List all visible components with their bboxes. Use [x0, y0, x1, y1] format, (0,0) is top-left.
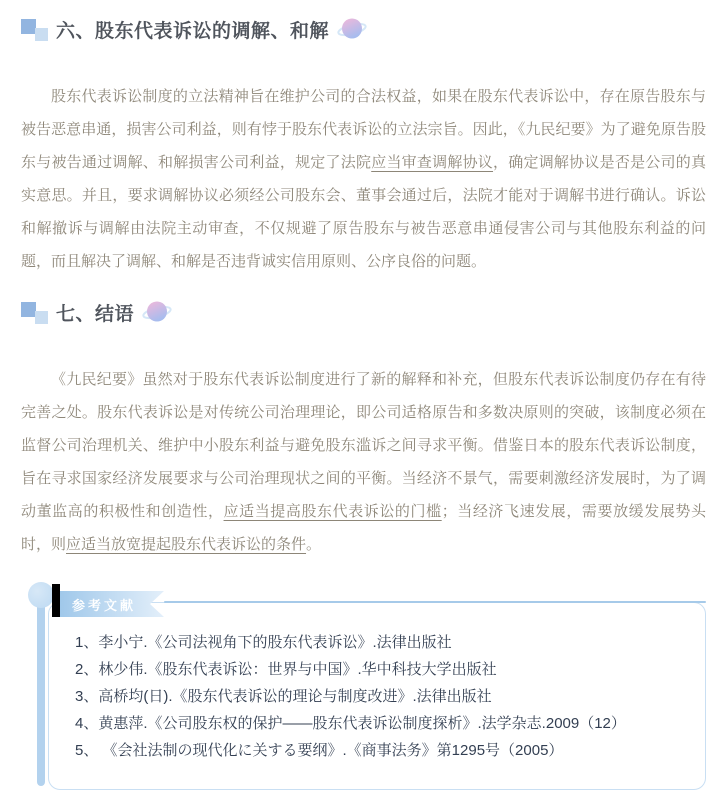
black-accent-bar: [52, 584, 60, 617]
section-7: 七、结语 《九民纪要》虽然对于股东代表诉讼制度进行了新的解释和补充，但股东代表诉…: [21, 278, 706, 561]
section-6: 六、股东代表诉讼的调解、和解 股东代表诉讼制度的立法精神旨在维护公司的合法权益，…: [21, 14, 706, 278]
references-list: 1、李小宁.《公司法视角下的股东代表诉讼》.法律出版社2、林少伟.《股东代表诉讼…: [49, 603, 705, 764]
reference-item: 3、高桥均(日).《股东代表诉讼的理论与制度改进》.法律出版社: [75, 683, 687, 710]
planet-icon: [142, 297, 172, 327]
overlapping-squares-icon: [21, 16, 51, 42]
references-section: 1、李小宁.《公司法视角下的股东代表诉讼》.法律出版社2、林少伟.《股东代表诉讼…: [21, 580, 706, 792]
section-7-heading: 七、结语: [21, 297, 706, 327]
decorative-horizontal-line: [164, 601, 706, 603]
overlapping-squares-icon: [21, 299, 51, 325]
reference-item: 4、黄惠萍.《公司股东权的保护——股东代表诉讼制度探析》.法学杂志.2009（1…: [75, 710, 687, 737]
paragraph-text: 《九民纪要》虽然对于股东代表诉讼制度进行了新的解释和补充，但股东代表诉讼制度仍存…: [21, 371, 706, 520]
references-box: 1、李小宁.《公司法视角下的股东代表诉讼》.法律出版社2、林少伟.《股东代表诉讼…: [48, 602, 706, 790]
reference-item: 5、 《会社法制の现代化に关する要纲》.《商事法务》第1295号（2005）: [75, 737, 687, 764]
decorative-circle-icon: [28, 582, 54, 608]
underlined-phrase: 应当审查调解协议: [371, 154, 493, 171]
underlined-phrase: 应适当提高股东代表诉讼的门槛: [224, 503, 442, 520]
section-7-paragraph: 《九民纪要》虽然对于股东代表诉讼制度进行了新的解释和补充，但股东代表诉讼制度仍存…: [21, 363, 706, 561]
reference-item: 2、林少伟.《股东代表诉讼：世界与中国》.华中科技大学出版社: [75, 656, 687, 683]
planet-icon: [337, 14, 367, 44]
references-title-ribbon: 参考文献: [60, 591, 164, 617]
section-6-heading: 六、股东代表诉讼的调解、和解: [21, 14, 706, 44]
section-6-paragraph: 股东代表诉讼制度的立法精神旨在维护公司的合法权益，如果在股东代表诉讼中，存在原告…: [21, 80, 706, 278]
paragraph-text: ，确定调解协议是否是公司的真实意思。并且，要求调解协议必须经公司股东会、董事会通…: [21, 154, 706, 270]
section-7-title: 七、结语: [56, 299, 134, 326]
decorative-vertical-bar: [37, 600, 45, 786]
reference-item: 1、李小宁.《公司法视角下的股东代表诉讼》.法律出版社: [75, 629, 687, 656]
article-page: 六、股东代表诉讼的调解、和解 股东代表诉讼制度的立法精神旨在维护公司的合法权益，…: [0, 0, 727, 792]
section-6-title: 六、股东代表诉讼的调解、和解: [56, 16, 329, 43]
paragraph-text: 。: [306, 536, 321, 553]
underlined-phrase: 应适当放宽提起股东代表诉讼的条件: [66, 536, 306, 553]
references-title: 参考文献: [72, 595, 136, 614]
